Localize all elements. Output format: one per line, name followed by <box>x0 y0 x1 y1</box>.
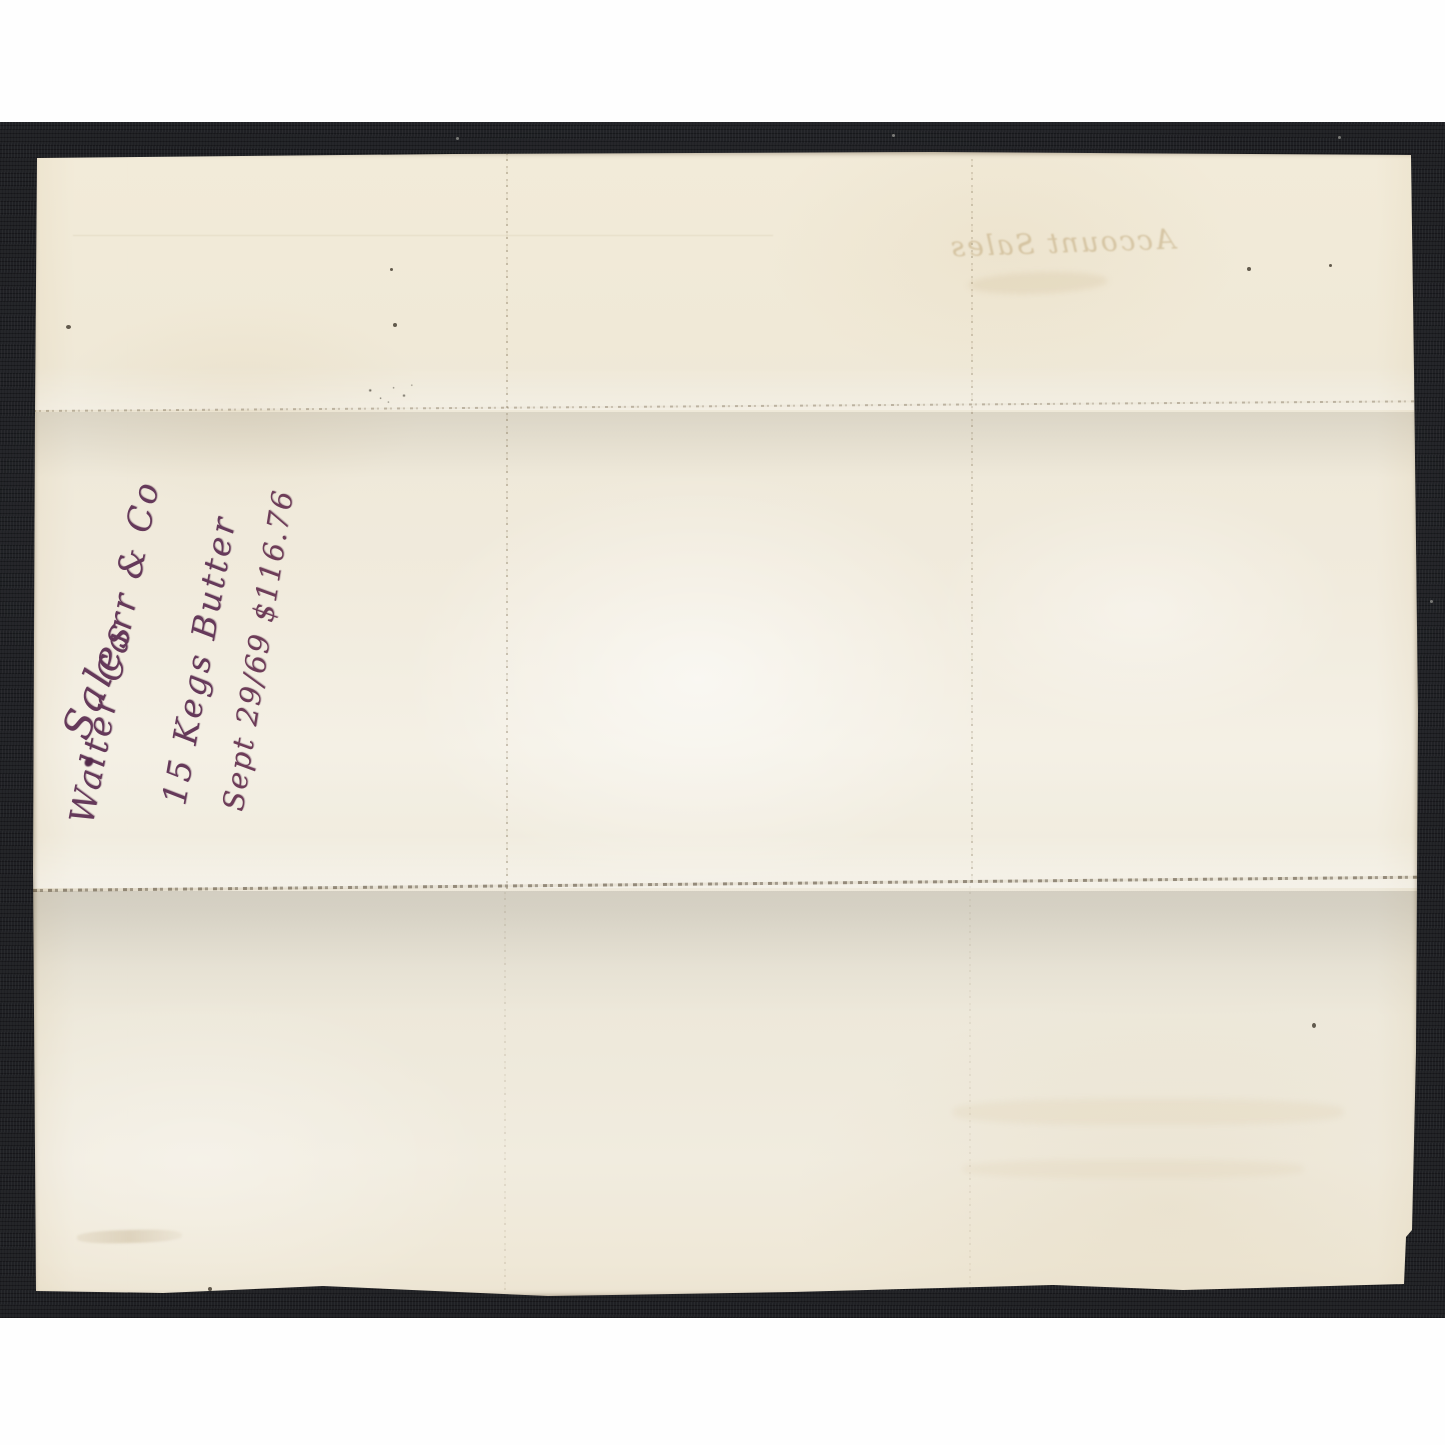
white-matte-bottom <box>0 1318 1445 1445</box>
faint-crease-line <box>73 235 773 236</box>
faint-stain <box>963 1160 1303 1178</box>
document-paper: Account Sales Sales Walter Carr & Co 15 … <box>33 152 1418 1297</box>
dust-speck <box>1338 136 1341 139</box>
ink-smudge-cluster <box>365 380 417 406</box>
bleed-through-text: Account Sales <box>948 223 1175 264</box>
paper-speck <box>1312 1023 1316 1028</box>
dust-speck <box>1430 600 1433 603</box>
paper-speck <box>66 325 71 329</box>
dust-speck <box>892 134 895 137</box>
vertical-fold-line-right-faint <box>969 884 971 1284</box>
white-matte-top <box>0 0 1445 122</box>
handwriting-line-company: Walter Carr & Co <box>62 477 168 827</box>
faint-stain <box>77 1229 182 1245</box>
dust-speck <box>456 137 459 140</box>
faint-stain <box>953 1099 1343 1125</box>
photo-of-document: Account Sales Sales Walter Carr & Co 15 … <box>0 0 1445 1445</box>
crease-shadow <box>33 891 1418 1016</box>
paper-speck <box>1329 264 1332 267</box>
paper-speck <box>208 1287 212 1291</box>
vertical-fold-line-right <box>971 154 973 882</box>
vertical-fold-line-left-faint <box>504 891 506 1290</box>
crease-shadow <box>33 412 1418 478</box>
paper-speck <box>390 268 393 271</box>
paper-speck <box>393 323 397 327</box>
paper-speck <box>1247 267 1251 271</box>
bleed-through-smudge <box>968 270 1109 297</box>
vertical-fold-line-left <box>506 154 508 889</box>
